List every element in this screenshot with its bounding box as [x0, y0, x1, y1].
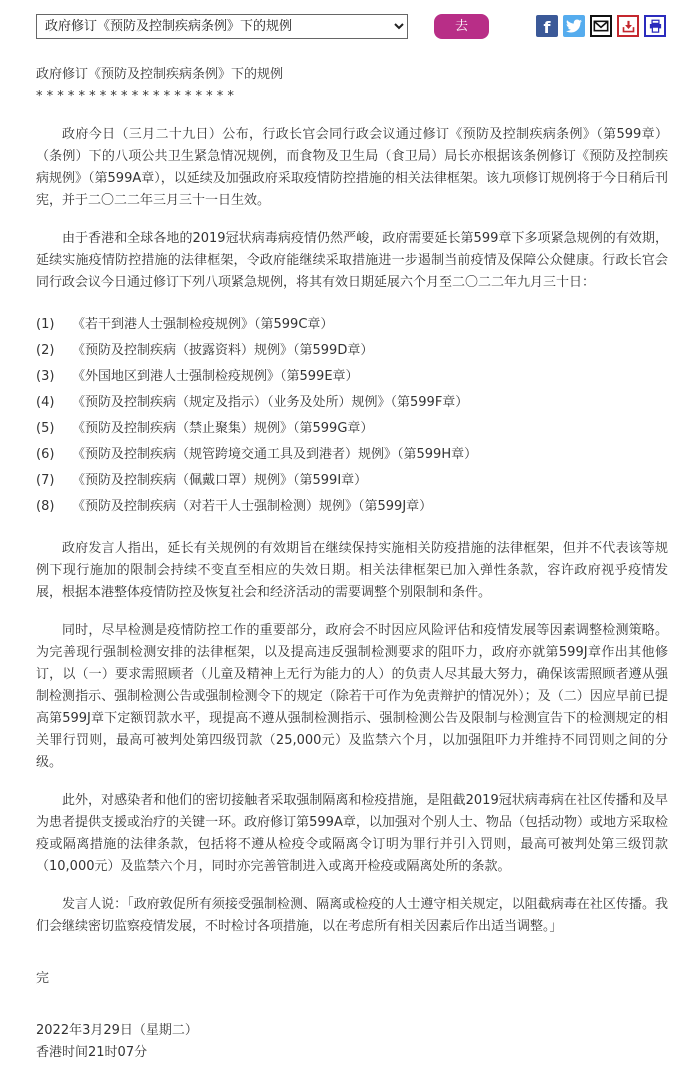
list-item: (7) 《预防及控制疾病（佩戴口罩）规例》（第599I章） [36, 468, 668, 494]
page-title: 政府修订《预防及控制疾病条例》下的规例 [36, 64, 668, 86]
paragraph-6: 发言人说：「政府敦促所有须接受强制检测、隔离或检疫的人士遵守相关规定，以阻截病毒… [36, 894, 668, 938]
list-item-number: (8) [36, 494, 72, 520]
release-time: 香港时间21时07分 [36, 1042, 668, 1064]
release-date: 2022年3月29日（星期二） [36, 1020, 668, 1042]
list-item: (1) 《若干到港人士强制检疫规例》（第599C章） [36, 312, 668, 338]
list-item-text: 《若干到港人士强制检疫规例》（第599C章） [72, 312, 333, 338]
regulation-list: (1) 《若干到港人士强制检疫规例》（第599C章） (2) 《预防及控制疾病（… [36, 312, 668, 520]
print-icon[interactable] [644, 15, 666, 37]
list-item-text: 《预防及控制疾病（披露资料）规例》（第599D章） [72, 338, 373, 364]
list-item: (2) 《预防及控制疾病（披露资料）规例》（第599D章） [36, 338, 668, 364]
share-icons: f [536, 15, 666, 37]
email-icon[interactable] [590, 15, 612, 37]
list-item: (3) 《外国地区到港人士强制检疫规例》（第599E章） [36, 364, 668, 390]
list-item-number: (4) [36, 390, 72, 416]
list-item: (8) 《预防及控制疾病（对若干人士强制检测）规例》（第599J章） [36, 494, 668, 520]
asterisk-divider: * * * * * * * * * * * * * * * * * * * [36, 86, 668, 108]
list-item: (6) 《预防及控制疾病（规管跨境交通工具及到港者）规例》（第599H章） [36, 442, 668, 468]
paragraph-1: 政府今日（三月二十九日）公布，行政长官会同行政会议通过修订《预防及控制疾病条例》… [36, 124, 668, 212]
article-end: 完 [36, 968, 668, 990]
list-item-number: (2) [36, 338, 72, 364]
topbar: 政府修订《预防及控制疾病条例》下的规例 去 f [0, 0, 694, 42]
download-icon[interactable] [617, 15, 639, 37]
go-button[interactable]: 去 [434, 14, 489, 39]
list-item-text: 《预防及控制疾病（规定及指示）（业务及处所）规例》（第599F章） [72, 390, 468, 416]
paragraph-4: 同时，尽早检测是疫情防控工作的重要部分，政府会不时因应风险评估和疫情发展等因素调… [36, 620, 668, 774]
list-item-number: (7) [36, 468, 72, 494]
paragraph-2: 由于香港和全球各地的2019冠状病毒病疫情仍然严峻，政府需要延长第599章下多项… [36, 228, 668, 294]
twitter-icon[interactable] [563, 15, 585, 37]
list-item-text: 《预防及控制疾病（佩戴口罩）规例》（第599I章） [72, 468, 367, 494]
article-body: 政府修订《预防及控制疾病条例》下的规例 * * * * * * * * * * … [0, 64, 694, 1084]
list-item: (5) 《预防及控制疾病（禁止聚集）规例》（第599G章） [36, 416, 668, 442]
list-item-number: (3) [36, 364, 72, 390]
list-item-number: (5) [36, 416, 72, 442]
paragraph-3: 政府发言人指出，延长有关规例的有效期旨在继续保持实施相关防疫措施的法律框架，但并… [36, 538, 668, 604]
list-item-number: (1) [36, 312, 72, 338]
facebook-icon[interactable]: f [536, 15, 558, 37]
list-item: (4) 《预防及控制疾病（规定及指示）（业务及处所）规例》（第599F章） [36, 390, 668, 416]
list-item-number: (6) [36, 442, 72, 468]
list-item-text: 《预防及控制疾病（规管跨境交通工具及到港者）规例》（第599H章） [72, 442, 477, 468]
list-item-text: 《外国地区到港人士强制检疫规例》（第599E章） [72, 364, 359, 390]
news-select[interactable]: 政府修订《预防及控制疾病条例》下的规例 [36, 14, 408, 39]
paragraph-5: 此外，对感染者和他们的密切接触者采取强制隔离和检疫措施，是阻截2019冠状病毒病… [36, 790, 668, 878]
list-item-text: 《预防及控制疾病（对若干人士强制检测）规例》（第599J章） [72, 494, 432, 520]
list-item-text: 《预防及控制疾病（禁止聚集）规例》（第599G章） [72, 416, 373, 442]
